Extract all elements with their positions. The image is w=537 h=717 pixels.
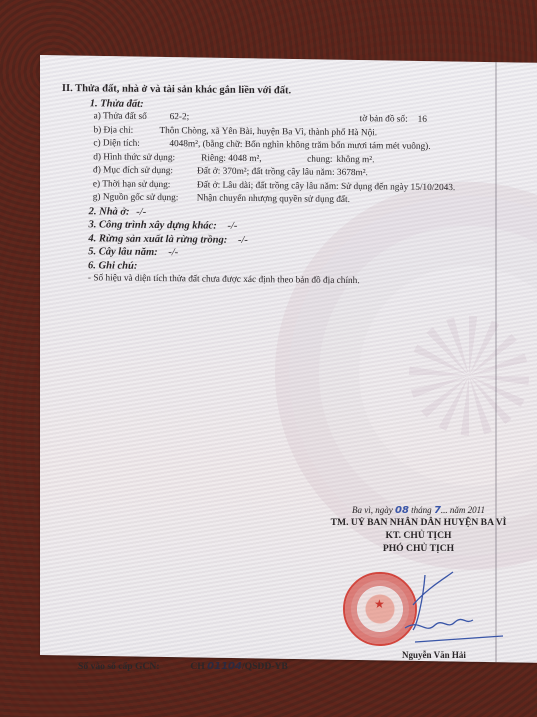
handwritten-signature	[395, 570, 505, 650]
signature-block: Ba vì, ngày 08 tháng 7... năm 2011 TM. U…	[300, 505, 537, 555]
star-icon: ★	[374, 597, 385, 612]
signer-role-2: PHÓ CHỦ TỊCH	[300, 542, 537, 555]
signer-name: Nguyễn Văn Hải	[402, 650, 466, 660]
issuing-authority: TM. UỶ BAN NHÂN DÂN HUYỆN BA VÌ	[300, 516, 537, 529]
issue-date: Ba vì, ngày 08 tháng 7... năm 2011	[300, 505, 537, 516]
signer-role-1: KT. CHỦ TỊCH	[300, 529, 537, 542]
certificate-content: II. Thửa đất, nhà ở và tài sản khác gắn …	[60, 82, 537, 290]
registry-number: Số vào sổ cấp GCN: CH 01104/QSDĐ-YB	[78, 661, 288, 672]
